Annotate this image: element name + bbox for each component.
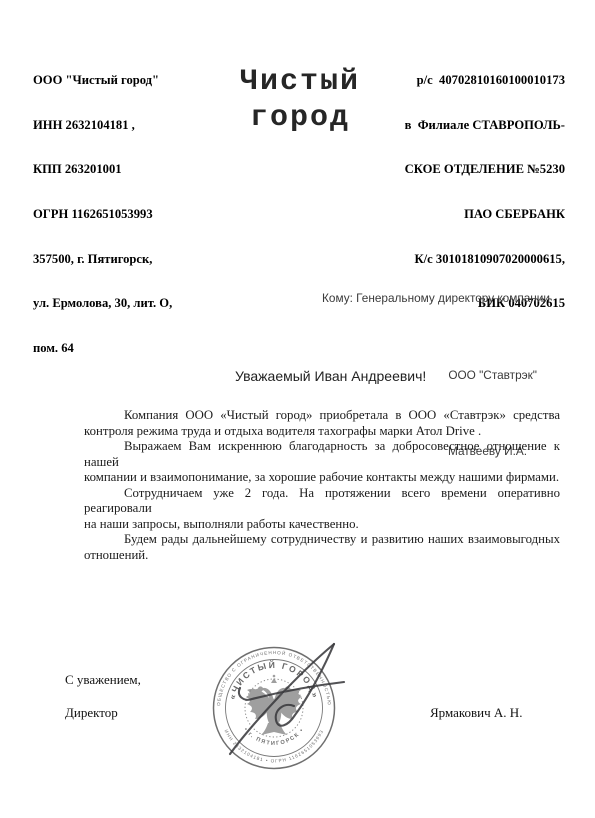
bank-name-line: ПАО СБЕРБАНК bbox=[405, 207, 565, 222]
bank-account-line: р/с 40702810160100010173 bbox=[405, 73, 565, 88]
company-address-line: пом. 64 bbox=[33, 341, 172, 356]
bank-branch-line: в Филиале СТАВРОПОЛЬ- bbox=[405, 118, 565, 133]
company-inn: ИНН 2632104181 , bbox=[33, 118, 172, 133]
paragraph: Компания ООО «Чистый город» приобретала … bbox=[84, 408, 560, 439]
letter-page: ООО "Чистый город" ИНН 2632104181 , КПП … bbox=[0, 0, 595, 818]
salutation: Уважаемый Иван Андреевич! bbox=[235, 368, 426, 384]
company-stamp: ОБЩЕСТВО С ОГРАНИЧЕННОЙ ОТВЕТСТВЕННОСТЬЮ… bbox=[200, 612, 360, 782]
paragraph: Выражаем Вам искреннюю благодарность за … bbox=[84, 439, 560, 486]
body-line: Выражаем Вам искреннюю благодарность за … bbox=[84, 439, 560, 470]
body-line: на наши запросы, выполняли работы качест… bbox=[84, 517, 560, 533]
body-line: контроля режима труда и отдыха водителя … bbox=[84, 424, 560, 440]
company-kpp: КПП 263201001 bbox=[33, 162, 172, 177]
letter-body: Компания ООО «Чистый город» приобретала … bbox=[84, 408, 560, 563]
body-line: компании и взаимопонимание, за хорошие р… bbox=[84, 470, 560, 486]
body-line: Сотрудничаем уже 2 года. На протяжении в… bbox=[84, 486, 560, 517]
paragraph: Будем рады дальнейшему сотрудничеству и … bbox=[84, 532, 560, 563]
closing-position: Директор bbox=[65, 705, 141, 720]
logo-line-1: Чистый bbox=[208, 64, 392, 100]
company-address-line: ул. Ермолова, 30, лит. О, bbox=[33, 296, 172, 311]
bank-branch-line: СКОЕ ОТДЕЛЕНИЕ №5230 bbox=[405, 162, 565, 177]
stamp-and-signature-graphic: ОБЩЕСТВО С ОГРАНИЧЕННОЙ ОТВЕТСТВЕННОСТЬЮ… bbox=[200, 612, 360, 782]
company-name: ООО "Чистый город" bbox=[33, 73, 172, 88]
company-ogrn: ОГРН 1162651053993 bbox=[33, 207, 172, 222]
body-line: Будем рады дальнейшему сотрудничеству и … bbox=[84, 532, 560, 548]
logo-line-2: город bbox=[208, 100, 392, 136]
company-details-block: ООО "Чистый город" ИНН 2632104181 , КПП … bbox=[33, 43, 172, 386]
closing-block: С уважением, Директор bbox=[65, 672, 141, 720]
recipient-line: Кому: Генеральному директору компании bbox=[322, 286, 550, 312]
paragraph: Сотрудничаем уже 2 года. На протяжении в… bbox=[84, 486, 560, 533]
body-line: Компания ООО «Чистый город» приобретала … bbox=[84, 408, 560, 424]
closing-regards: С уважением, bbox=[65, 672, 141, 687]
company-logo: Чистый город bbox=[208, 64, 392, 136]
signer-name: Ярмакович А. Н. bbox=[430, 705, 522, 721]
company-address-line: 357500, г. Пятигорск, bbox=[33, 252, 172, 267]
body-line: отношений. bbox=[84, 548, 560, 564]
